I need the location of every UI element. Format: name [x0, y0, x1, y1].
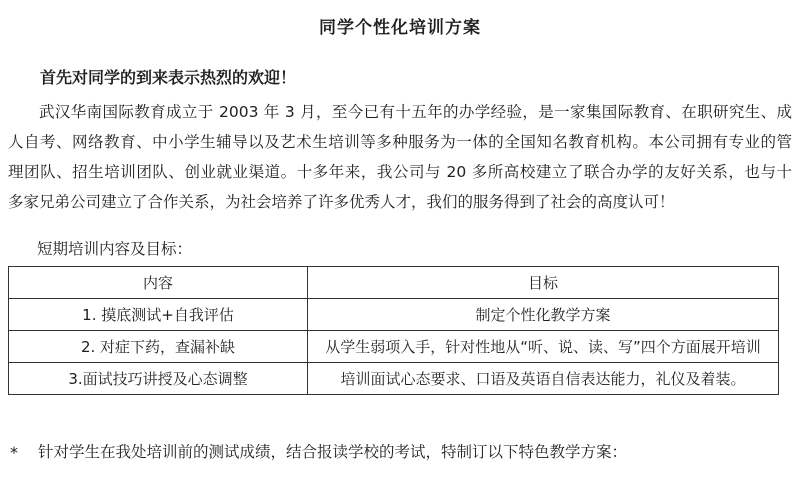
table-cell-goal-3: 培训面试心态要求、口语及英语自信表达能力，礼仪及着装。 [308, 363, 779, 395]
table-header-goal: 目标 [308, 267, 779, 299]
table-cell-goal-2: 从学生弱项入手，针对性地从“听、说、读、写”四个方面展开培训 [308, 331, 779, 363]
footnote: * 针对学生在我处培训前的测试成绩，结合报读学校的考试，特制订以下特色教学方案： [10, 442, 800, 463]
intro-paragraph: 武汉华南国际教育成立于 2003 年 3 月，至今已有十五年的办学经验，是一家集… [8, 97, 792, 217]
intro-paragraph-line-2: 人自考、网络教育、中小学生辅导以及艺术生培训等多种服务为一体的全国知名教育机构。… [8, 127, 792, 157]
table-cell-content-2: 2. 对症下药，查漏补缺 [9, 331, 308, 363]
table-cell-content-1: 1. 摸底测试+自我评估 [9, 299, 308, 331]
page-title: 同学个性化培训方案 [0, 0, 800, 37]
training-table: 内容 目标 1. 摸底测试+自我评估 制定个性化教学方案 2. 对症下药，查漏补… [8, 266, 779, 395]
welcome-heading: 首先对同学的到来表示热烈的欢迎！ [40, 67, 800, 89]
intro-paragraph-line-3: 理团队、招生培训团队、创业就业渠道。十多年来，我公司与 20 多所高校建立了联合… [8, 157, 792, 187]
intro-paragraph-line-4: 多家兄弟公司建立了合作关系，为社会培养了许多优秀人才，我们的服务得到了社会的高度… [8, 187, 792, 217]
table-cell-content-3: 3.面试技巧讲授及心态调整 [9, 363, 308, 395]
table-row: 3.面试技巧讲授及心态调整 培训面试心态要求、口语及英语自信表达能力，礼仪及着装… [9, 363, 779, 395]
footnote-text: 针对学生在我处培训前的测试成绩，结合报读学校的考试，特制订以下特色教学方案： [38, 442, 627, 463]
section-label: 短期培训内容及目标： [37, 239, 800, 259]
footnote-asterisk: * [10, 442, 38, 463]
intro-paragraph-line-1: 武汉华南国际教育成立于 2003 年 3 月，至今已有十五年的办学经验，是一家集… [8, 97, 792, 127]
table-row: 1. 摸底测试+自我评估 制定个性化教学方案 [9, 299, 779, 331]
table-row: 2. 对症下药，查漏补缺 从学生弱项入手，针对性地从“听、说、读、写”四个方面展… [9, 331, 779, 363]
table-header-content: 内容 [9, 267, 308, 299]
table-cell-goal-1: 制定个性化教学方案 [308, 299, 779, 331]
table-header-row: 内容 目标 [9, 267, 779, 299]
document-page: 同学个性化培训方案 首先对同学的到来表示热烈的欢迎！ 武汉华南国际教育成立于 2… [0, 0, 800, 481]
